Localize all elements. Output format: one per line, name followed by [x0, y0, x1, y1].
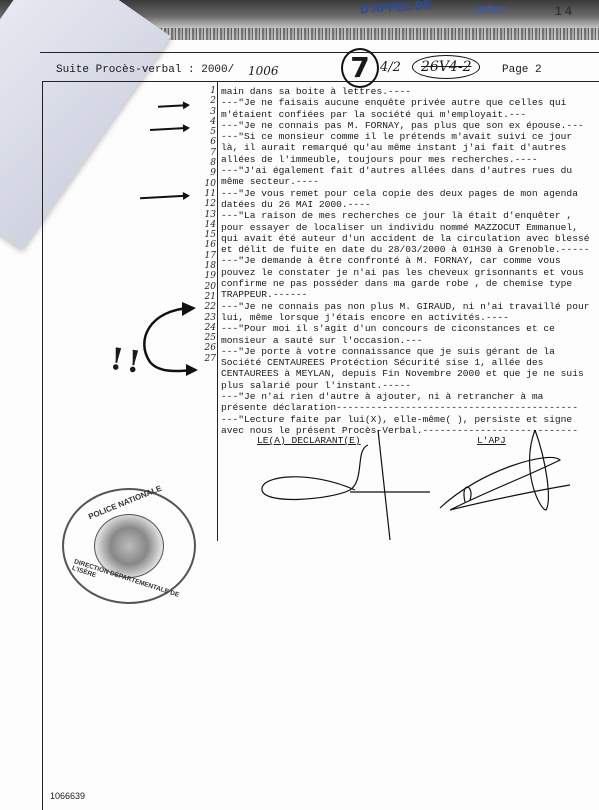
line-number: 2 [190, 96, 216, 106]
line-number: 4 [190, 117, 216, 127]
statement-line: main dans sa boite à lettres.---- [221, 86, 593, 97]
statement-line: ---"Si ce monsieur comme il le prétends … [221, 131, 593, 142]
signatures-icon [250, 430, 590, 540]
statement-line: lui, même lorsque j'étais encore en acti… [221, 312, 593, 323]
statement-line: ---"Je vous remet pour cela copie des de… [221, 188, 593, 199]
police-seal: POLICE NATIONALE DIRECTION DÉPARTEMENTAL… [62, 488, 196, 604]
statement-line: plus salarié pour l'instant.----- [221, 380, 593, 391]
line-number: 9 [190, 168, 216, 178]
statement-line: Société CENTAUREES Protéction Sécurité s… [221, 357, 593, 368]
statement-line: et délit de fuite en date du 28/03/2000 … [221, 244, 593, 255]
statement-line: datées du 26 MAI 2000.---- [221, 199, 593, 210]
statement-line: pouvez le constater je n'ai pas les chev… [221, 267, 593, 278]
statement-line: allées de l'immeuble, toujours pour mes … [221, 154, 593, 165]
statement-line: ---"Pour moi il s'agit d'un concours de … [221, 323, 593, 334]
statement-line: ---"Je ne connais pas M. FORNAY, pas plu… [221, 120, 593, 131]
column-divider [217, 81, 218, 541]
margin-arrow-icon [150, 127, 186, 131]
curved-arrow-icon [130, 300, 200, 380]
statement-line: qui avait été auteur d'un accident de la… [221, 233, 593, 244]
margin-arrow-icon [140, 195, 186, 199]
statement-line: ---"Je ne connais pas non plus M. GIRAUD… [221, 301, 593, 312]
statement-line: ---"Je ne faisais aucune enquête privée … [221, 97, 593, 108]
line-number: 3 [190, 107, 216, 117]
circled-code: 26V4-2 [412, 55, 480, 79]
line-number: 12 [190, 199, 216, 209]
document-number: 1066639 [50, 791, 85, 801]
line-number: 1 [190, 86, 216, 96]
court-stamp-text-2: uction [475, 2, 507, 16]
left-margin-line [42, 81, 43, 810]
statement-line: là, il aurait remarqué qu'au même instan… [221, 142, 593, 153]
statement-line: ---"Je demande à être confronté à M. FOR… [221, 255, 593, 266]
line-number: 15 [190, 230, 216, 240]
statement-line: même secteur.---- [221, 176, 593, 187]
statement-body: main dans sa boite à lettres.-------"Je … [221, 86, 593, 436]
line-number: 14 [190, 220, 216, 230]
statement-line: ---"Je porte à votre connaissance que je… [221, 346, 593, 357]
line-number: 11 [190, 189, 216, 199]
handwritten-number: 1006 [248, 64, 279, 78]
statement-line: m'étaient confiées par la société qui m'… [221, 109, 593, 120]
line-number: 19 [190, 271, 216, 281]
line-number: 10 [190, 179, 216, 189]
statement-line: ---"J'ai également fait d'autres allées … [221, 165, 593, 176]
line-number: 6 [190, 137, 216, 147]
line-number: 13 [190, 210, 216, 220]
statement-line: ---"La raison de mes recherches ce jour … [221, 210, 593, 221]
line-number: 18 [190, 261, 216, 271]
statement-line: confirme ne pas posséder dans ma garde r… [221, 278, 593, 289]
folded-paper-corner [0, 0, 171, 250]
line-number: 5 [190, 127, 216, 137]
corner-mark: 1 4 [555, 4, 572, 18]
statement-line: pour essayer de localiser un individu no… [221, 222, 593, 233]
line-number: 7 [190, 148, 216, 158]
line-number: 8 [190, 158, 216, 168]
header-rule-bottom [42, 81, 599, 82]
statement-line: ---"Lecture faite par lui(X), elle-même(… [221, 414, 593, 425]
statement-line: ---"Je n'ai rien d'autre à ajouter, ni à… [221, 391, 593, 402]
statement-line: monsieur a sauté sur l'occasion.--- [221, 335, 593, 346]
circled-mark: 7 [341, 48, 379, 88]
header-rule-top [40, 52, 599, 53]
margin-arrow-icon [158, 104, 186, 107]
line-number: 16 [190, 240, 216, 250]
statement-line: CENTAUREES à MEYLAN, depuis Fin Novembre… [221, 368, 593, 379]
statement-line: présente déclaration--------------------… [221, 402, 593, 413]
page-label: Page 2 [502, 64, 542, 76]
document-title: Suite Procès-verbal : 2000/ [56, 64, 234, 76]
line-number: 17 [190, 251, 216, 261]
statement-line: TRAPPEUR.------ [221, 289, 593, 300]
line-number: 20 [190, 282, 216, 292]
fraction-mark: 4/2 [380, 60, 401, 75]
